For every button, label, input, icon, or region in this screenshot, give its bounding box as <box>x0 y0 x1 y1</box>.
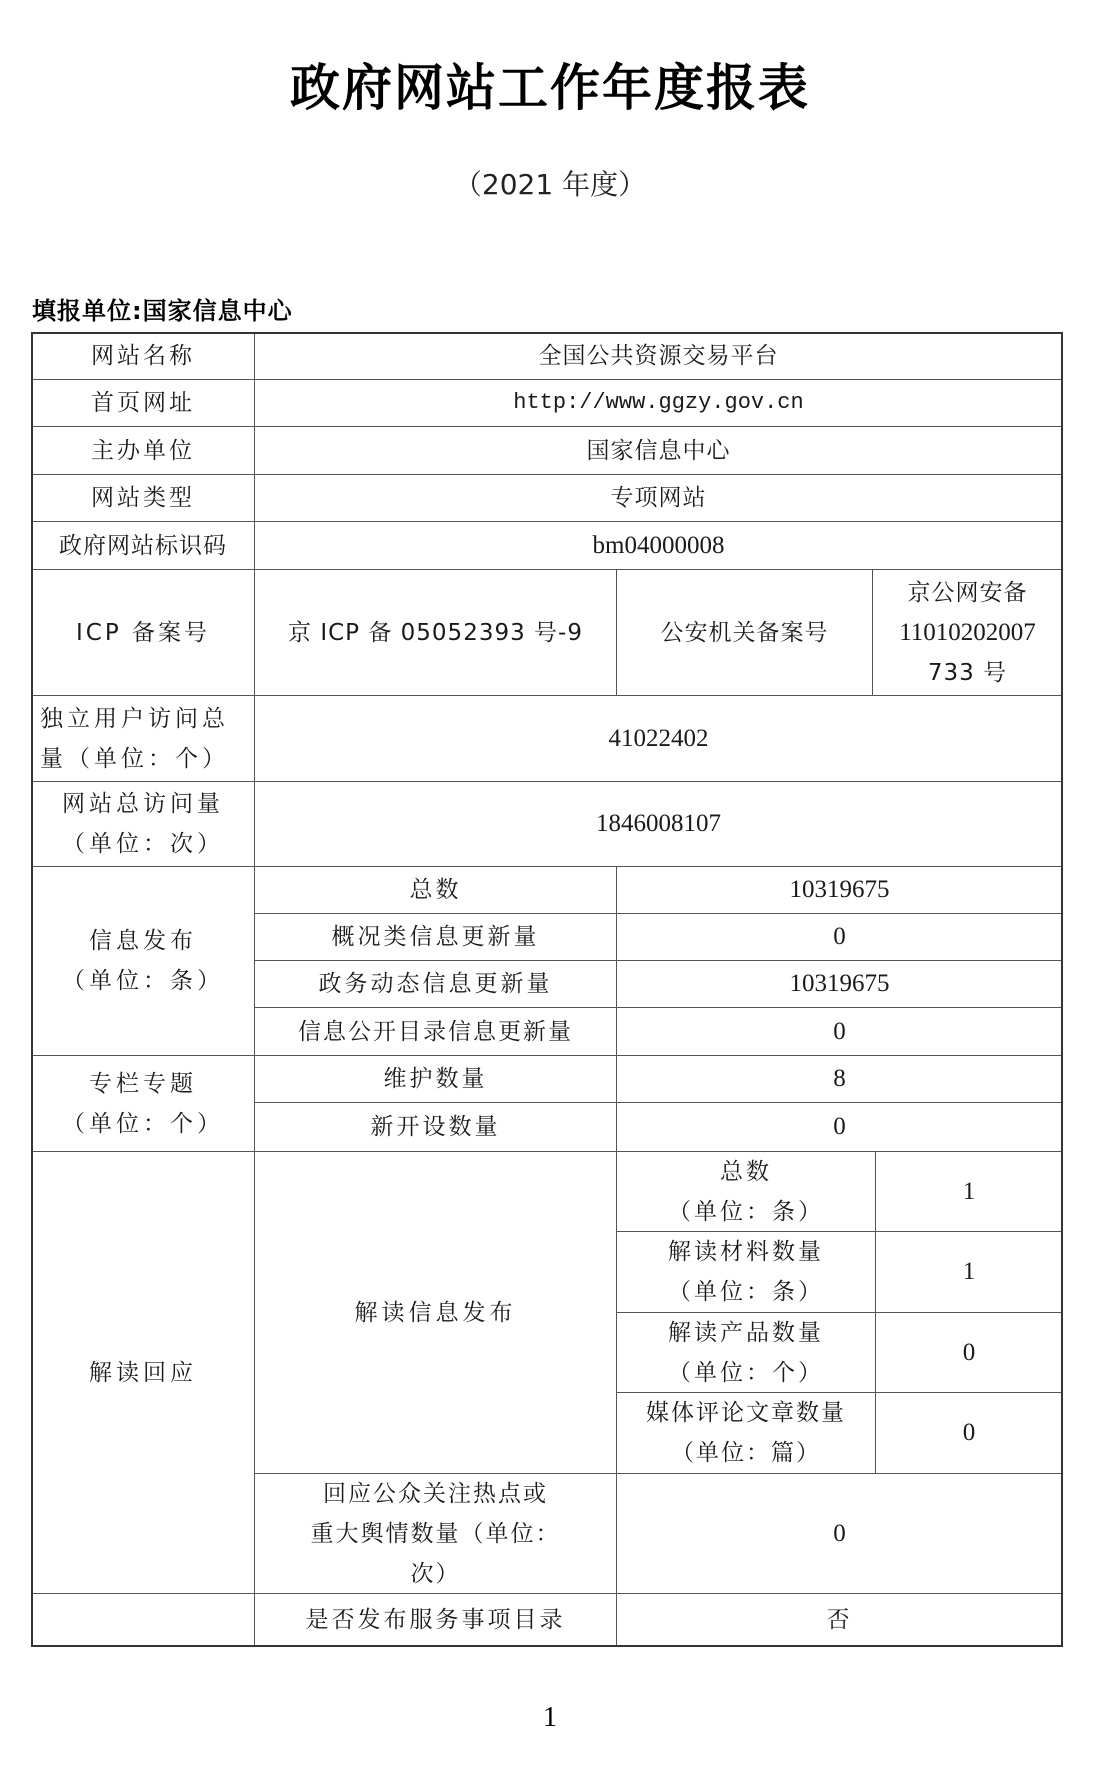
public-response-label-line-3: 次） <box>411 1554 461 1594</box>
report-year: （2021 年度） <box>0 167 1100 203</box>
gov-site-code-label: 政府网站标识码 <box>31 521 255 570</box>
interp-materials-label: 解读材料数量 （单位：条） <box>616 1231 876 1313</box>
interp-total-label: 总数 （单位：条） <box>616 1151 876 1232</box>
interp-total-label-line-1: 总数 <box>720 1152 772 1192</box>
interp-materials-label-line-2: （单位：条） <box>668 1272 824 1312</box>
site-name-label: 网站名称 <box>31 332 255 380</box>
total-visits-value: 1846008107 <box>254 781 1063 867</box>
interp-products-value: 0 <box>875 1312 1063 1393</box>
gov-news-update-value: 10319675 <box>616 960 1063 1008</box>
total-visits-label: 网站总访问量 （单位：次） <box>31 781 255 867</box>
new-columns-value: 0 <box>616 1102 1063 1152</box>
site-type-value: 专项网站 <box>254 474 1063 522</box>
police-record-line-2: 11010202007 <box>899 613 1036 653</box>
sponsor-value: 国家信息中心 <box>254 426 1063 475</box>
info-release-total-label: 总数 <box>254 866 617 914</box>
interp-total-value: 1 <box>875 1151 1063 1232</box>
site-type-label: 网站类型 <box>31 474 255 522</box>
special-columns-label-line-2: （单位：个） <box>62 1104 224 1144</box>
interpretation-release-label: 解读信息发布 <box>254 1151 617 1474</box>
info-release-total-value: 10319675 <box>616 866 1063 914</box>
maintained-count-label: 维护数量 <box>254 1055 617 1103</box>
maintained-count-value: 8 <box>616 1055 1063 1103</box>
service-catalog-label: 是否发布服务事项目录 <box>254 1593 617 1647</box>
interp-products-label-line-1: 解读产品数量 <box>668 1313 824 1353</box>
police-record-value: 京公网安备 11010202007 733 号 <box>872 569 1063 696</box>
total-visits-label-line-2: （单位：次） <box>62 824 224 864</box>
filler-unit: 填报单位:国家信息中心 <box>32 296 293 326</box>
police-record-line-1: 京公网安备 <box>908 573 1028 613</box>
gov-site-code-value: bm04000008 <box>254 521 1063 570</box>
public-response-label-line-1: 回应公众关注热点或 <box>323 1474 548 1514</box>
interp-total-label-line-2: （单位：条） <box>668 1192 824 1232</box>
special-columns-label: 专栏专题 （单位：个） <box>31 1055 255 1152</box>
site-name-value: 全国公共资源交易平台 <box>254 332 1063 380</box>
homepage-url-label: 首页网址 <box>31 379 255 427</box>
service-catalog-value: 否 <box>616 1593 1063 1647</box>
new-columns-label: 新开设数量 <box>254 1102 617 1152</box>
media-articles-label: 媒体评论文章数量 （单位：篇） <box>616 1392 876 1474</box>
interp-materials-label-line-1: 解读材料数量 <box>668 1232 824 1272</box>
public-response-label-line-2: 重大舆情数量（单位： <box>311 1514 561 1554</box>
overview-update-label: 概况类信息更新量 <box>254 913 617 961</box>
unique-visitors-label-line-2: 量（单位：个） <box>40 739 229 779</box>
interpretation-label: 解读回应 <box>31 1151 255 1594</box>
total-visits-label-line-1: 网站总访问量 <box>62 784 224 824</box>
gov-news-update-label: 政务动态信息更新量 <box>254 960 617 1008</box>
police-record-line-3: 733 号 <box>928 653 1007 693</box>
interp-materials-value: 1 <box>875 1231 1063 1313</box>
info-release-label-line-2: （单位：条） <box>62 961 224 1001</box>
unique-visitors-value: 41022402 <box>254 695 1063 782</box>
media-articles-label-line-2: （单位：篇） <box>671 1433 821 1473</box>
disclosure-catalog-update-value: 0 <box>616 1007 1063 1056</box>
service-catalog-blank <box>31 1593 255 1647</box>
police-record-label: 公安机关备案号 <box>616 569 873 696</box>
public-response-value: 0 <box>616 1473 1063 1594</box>
interp-products-label: 解读产品数量 （单位：个） <box>616 1312 876 1393</box>
special-columns-label-line-1: 专栏专题 <box>89 1064 197 1104</box>
media-articles-value: 0 <box>875 1392 1063 1474</box>
overview-update-value: 0 <box>616 913 1063 961</box>
info-release-label-line-1: 信息发布 <box>89 921 197 961</box>
unique-visitors-label: 独立用户访问总 量（单位：个） <box>31 695 255 782</box>
unique-visitors-label-line-1: 独立用户访问总 <box>40 699 229 739</box>
icp-value: 京 ICP 备 05052393 号-9 <box>254 569 617 696</box>
public-response-label: 回应公众关注热点或 重大舆情数量（单位： 次） <box>254 1473 617 1594</box>
homepage-url-value: http://www.ggzy.gov.cn <box>254 379 1063 427</box>
icp-label: ICP 备案号 <box>31 569 255 696</box>
page-number: 1 <box>0 1702 1100 1734</box>
page-title: 政府网站工作年度报表 <box>0 58 1100 118</box>
info-release-label: 信息发布 （单位：条） <box>31 866 255 1056</box>
media-articles-label-line-1: 媒体评论文章数量 <box>646 1393 846 1433</box>
interp-products-label-line-2: （单位：个） <box>668 1353 824 1393</box>
disclosure-catalog-update-label: 信息公开目录信息更新量 <box>254 1007 617 1056</box>
sponsor-label: 主办单位 <box>31 426 255 475</box>
